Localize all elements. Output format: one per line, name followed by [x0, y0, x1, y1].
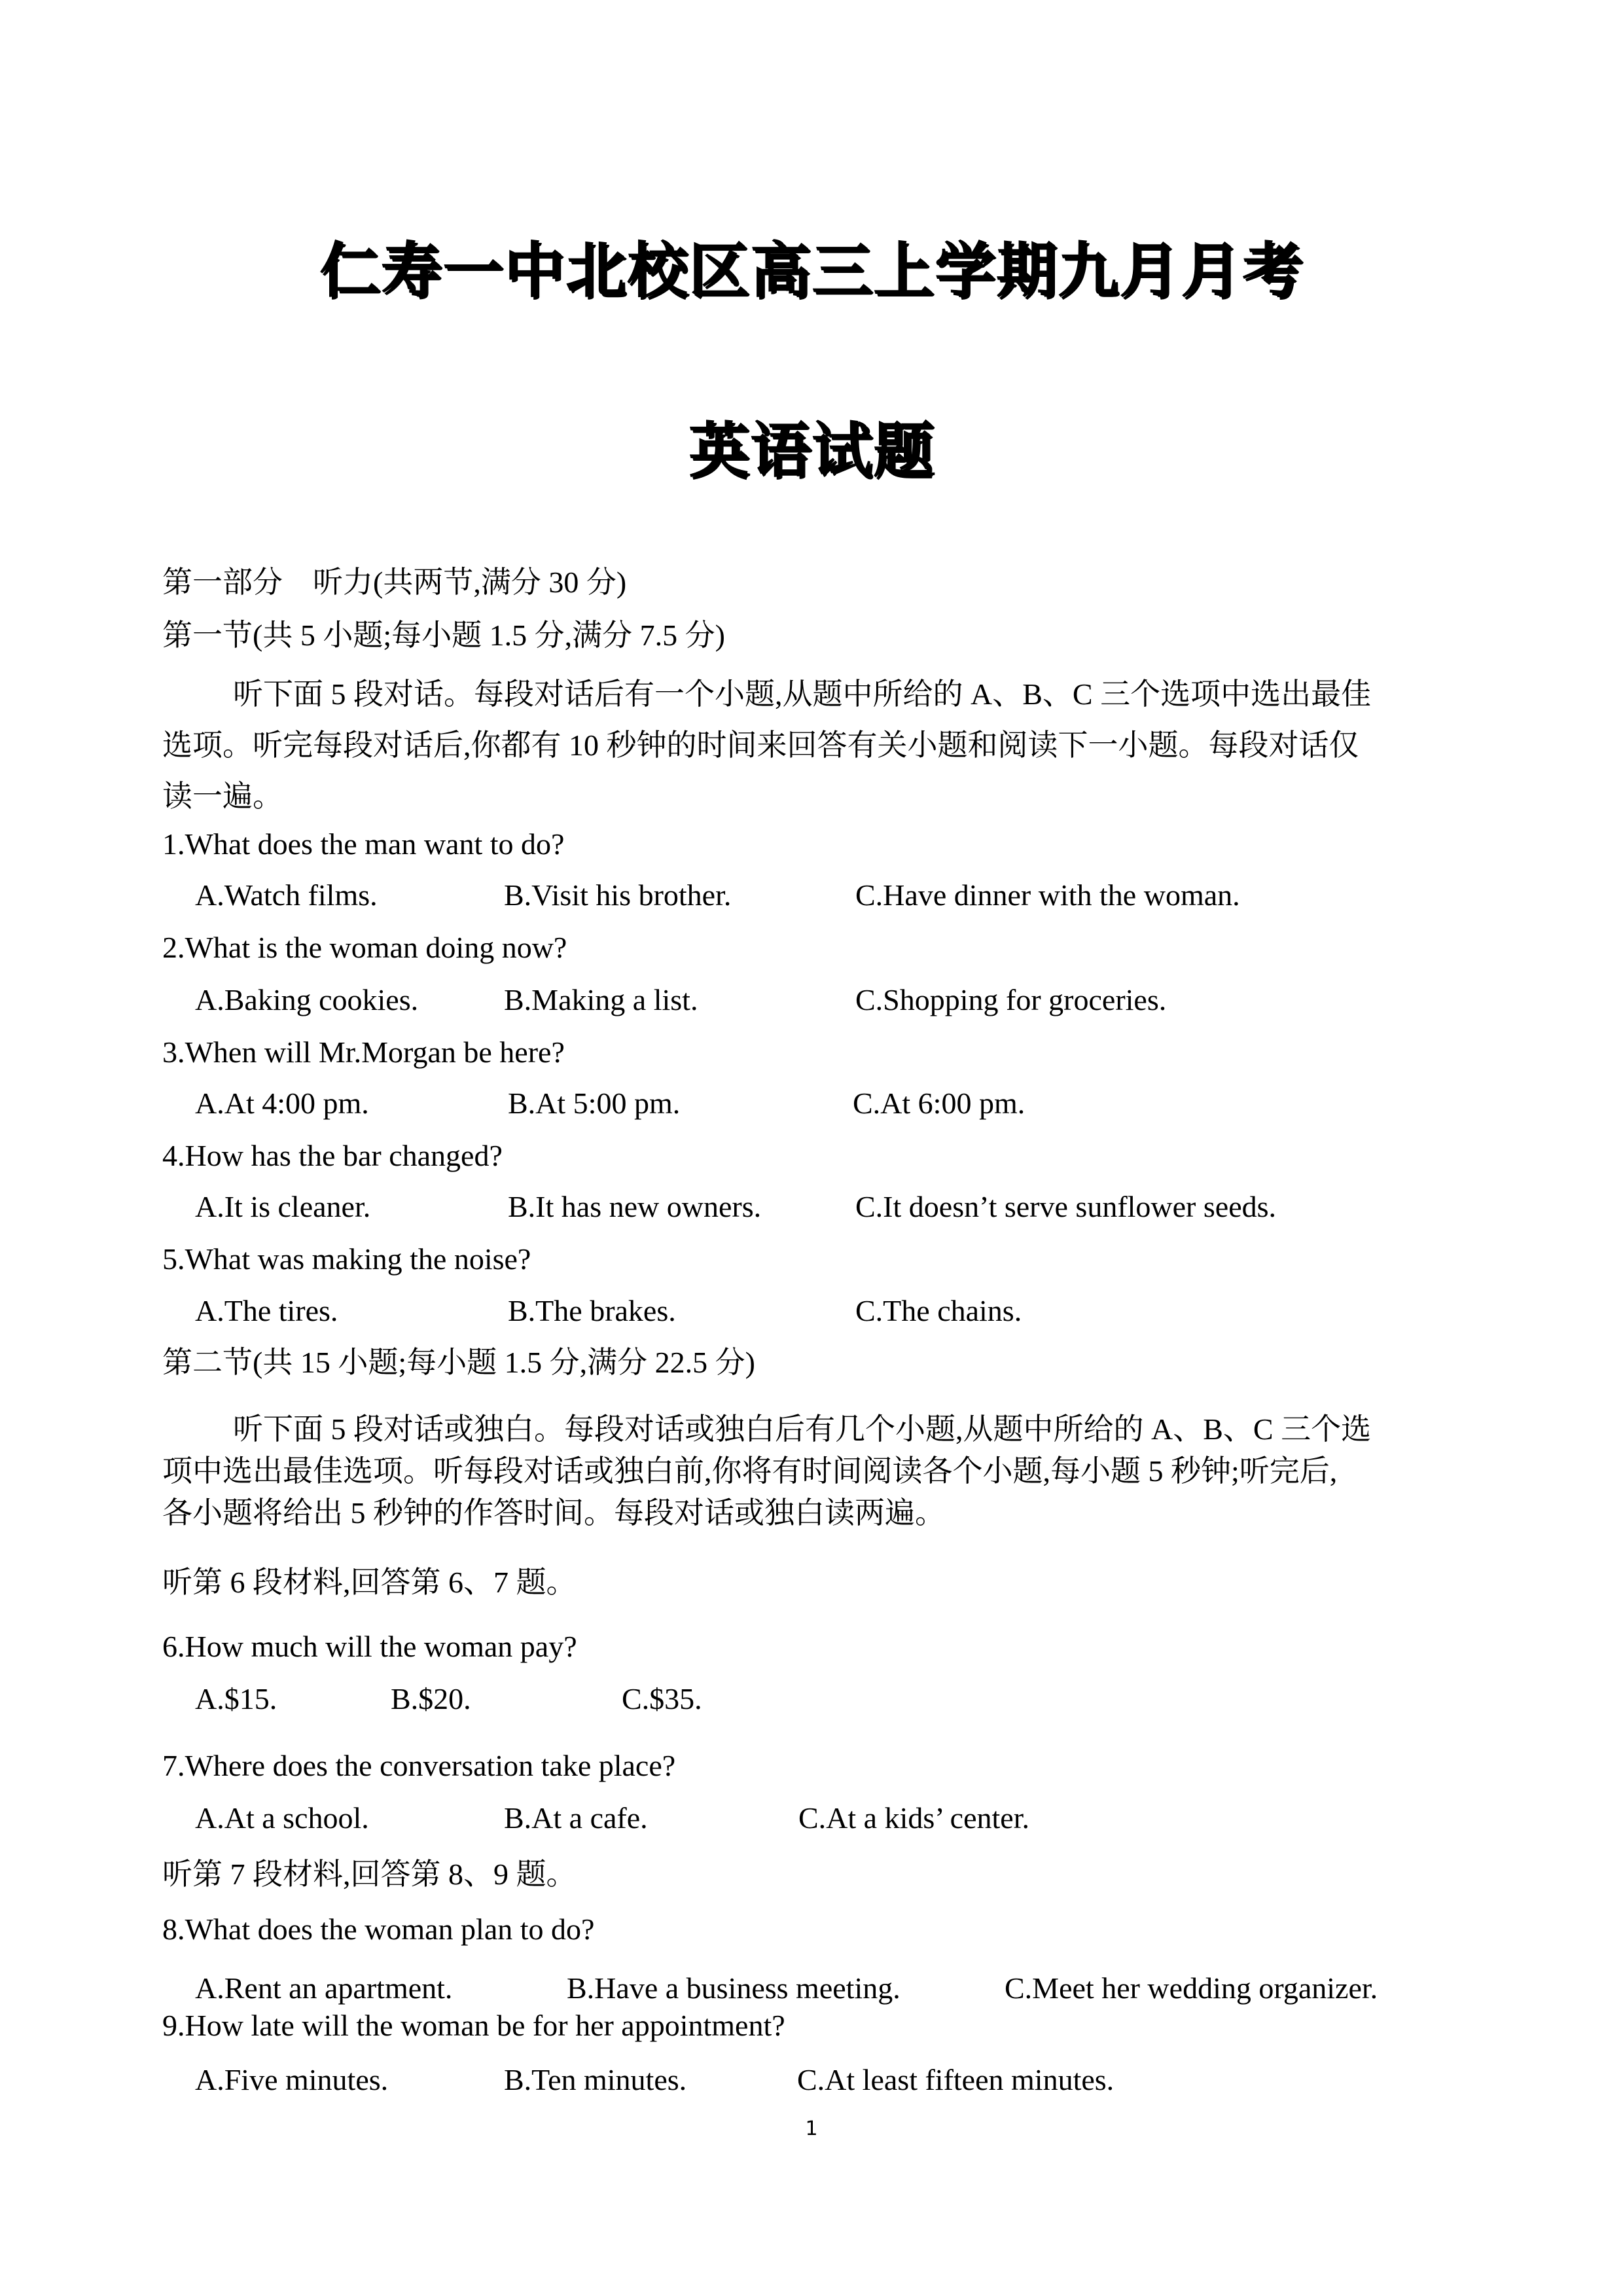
- part1-heading: 第一部分 听力(共两节,满分 30 分): [162, 564, 626, 601]
- option-6c: C.$35.: [622, 1681, 702, 1717]
- question-8: 8.What does the woman plan to do?: [162, 1911, 594, 1948]
- option-5c: C.The chains.: [855, 1293, 1022, 1329]
- question-9: 9.How late will the woman be for her app…: [162, 2007, 785, 2044]
- instruction-line: 项中选出最佳选项。听每段对话或独白前,你将有时间阅读各个小题,每小题 5 秒钟;…: [162, 1454, 1337, 1488]
- question-6: 6.How much will the woman pay?: [162, 1628, 577, 1665]
- instruction-line: 听下面 5 段对话。每段对话后有一个小题,从题中所给的 A、B、C 三个选项中选…: [233, 677, 1371, 711]
- option-7a: A.At a school.: [195, 1800, 369, 1837]
- option-2b: B.Making a list.: [504, 982, 698, 1018]
- option-7b: B.At a cafe.: [504, 1800, 648, 1837]
- option-4c: C.It doesn’t serve sunflower seeds.: [855, 1189, 1276, 1225]
- option-2c: C.Shopping for groceries.: [855, 982, 1166, 1018]
- question-4: 4.How has the bar changed?: [162, 1138, 503, 1174]
- section2-heading: 第二节(共 15 小题;每小题 1.5 分,满分 22.5 分): [162, 1344, 755, 1381]
- option-9a: A.Five minutes.: [195, 2062, 388, 2098]
- option-8b: B.Have a business meeting.: [567, 1970, 901, 2007]
- option-8a: A.Rent an apartment.: [195, 1970, 452, 2007]
- option-6b: B.$20.: [391, 1681, 471, 1717]
- instruction-line: 选项。听完每段对话后,你都有 10 秒钟的时间来回答有关小题和阅读下一小题。每段…: [162, 728, 1359, 762]
- question-2: 2.What is the woman doing now?: [162, 929, 567, 966]
- option-3a: A.At 4:00 pm.: [195, 1085, 369, 1122]
- material-7-note: 听第 7 段材料,回答第 8、9 题。: [162, 1856, 577, 1893]
- option-6a: A.$15.: [195, 1681, 277, 1717]
- option-4b: B.It has new owners.: [508, 1189, 761, 1225]
- section1-instructions: 听下面 5 段对话。每段对话后有一个小题,从题中所给的 A、B、C 三个选项中选…: [162, 669, 1471, 822]
- page-number: 1: [0, 2117, 1623, 2140]
- instruction-line: 听下面 5 段对话或独白。每段对话或独白后有几个小题,从题中所给的 A、B、C …: [233, 1412, 1371, 1446]
- question-3: 3.When will Mr.Morgan be here?: [162, 1034, 565, 1071]
- material-6-note: 听第 6 段材料,回答第 6、7 题。: [162, 1564, 577, 1601]
- option-5a: A.The tires.: [195, 1293, 338, 1329]
- option-4a: A.It is cleaner.: [195, 1189, 370, 1225]
- option-1c: C.Have dinner with the woman.: [855, 877, 1240, 914]
- option-7c: C.At a kids’ center.: [798, 1800, 1029, 1837]
- question-1: 1.What does the man want to do?: [162, 826, 564, 863]
- section1-heading: 第一节(共 5 小题;每小题 1.5 分,满分 7.5 分): [162, 617, 725, 654]
- section2-instructions: 听下面 5 段对话或独白。每段对话或独白后有几个小题,从题中所给的 A、B、C …: [162, 1408, 1471, 1534]
- option-8c: C.Meet her wedding organizer.: [1005, 1970, 1378, 2007]
- instruction-line: 各小题将给出 5 秒钟的作答时间。每段对话或独白读两遍。: [162, 1496, 945, 1530]
- exam-subtitle: 英语试题: [0, 403, 1623, 489]
- exam-title: 仁寿一中北校区高三上学期九月月考: [0, 223, 1623, 309]
- question-7: 7.Where does the conversation take place…: [162, 1748, 675, 1784]
- option-3c: C.At 6:00 pm.: [853, 1085, 1025, 1122]
- question-5: 5.What was making the noise?: [162, 1241, 531, 1278]
- option-2a: A.Baking cookies.: [195, 982, 418, 1018]
- option-9c: C.At least fifteen minutes.: [797, 2062, 1114, 2098]
- option-5b: B.The brakes.: [508, 1293, 676, 1329]
- option-1a: A.Watch films.: [195, 877, 378, 914]
- option-9b: B.Ten minutes.: [504, 2062, 687, 2098]
- instruction-line: 读一遍。: [162, 780, 283, 813]
- option-1b: B.Visit his brother.: [504, 877, 731, 914]
- option-3b: B.At 5:00 pm.: [508, 1085, 680, 1122]
